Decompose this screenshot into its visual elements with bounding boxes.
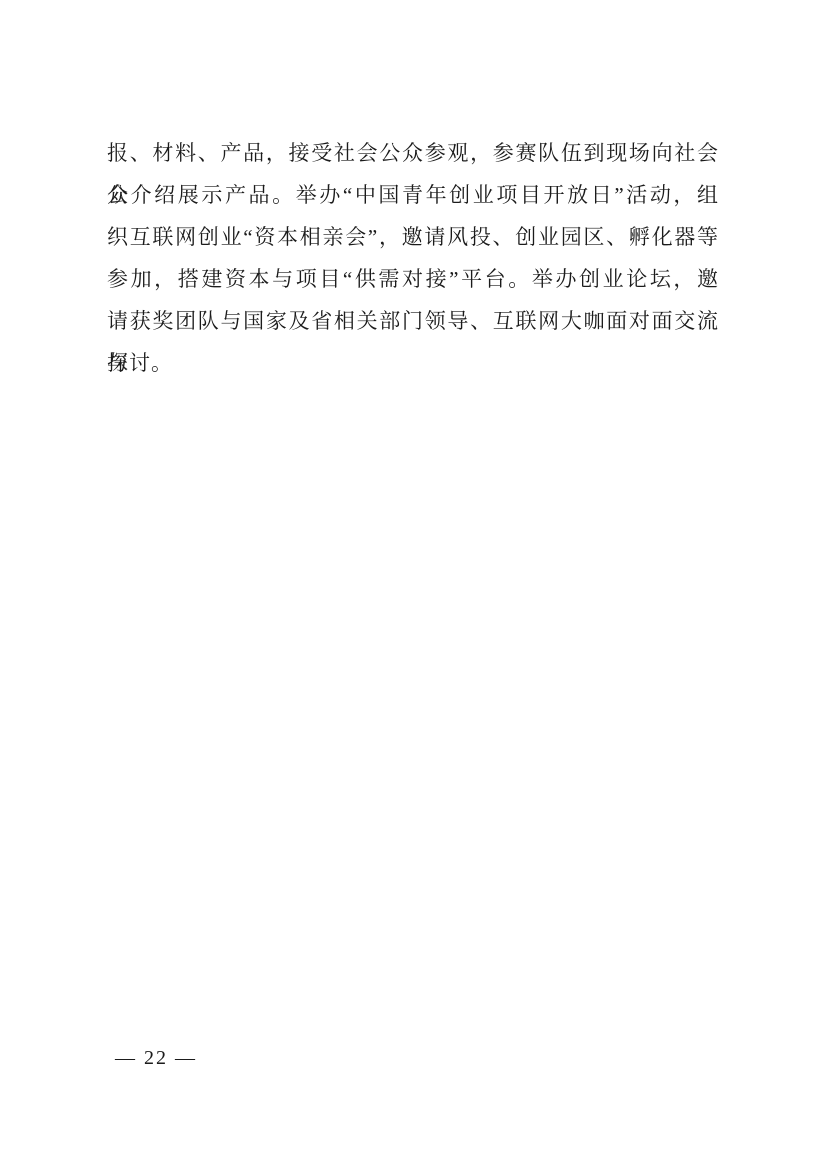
page-number: — 22 — (115, 1045, 197, 1071)
text-line: 参加，搭建资本与项目“供需对接”平台。举办创业论坛，邀 (107, 258, 719, 300)
text-line: 探讨。 (107, 342, 719, 384)
text-line: 请获奖团队与国家及省相关部门领导、互联网大咖面对面交流与 (107, 300, 719, 342)
text-line: 织互联网创业“资本相亲会”，邀请风投、创业园区、孵化器等 (107, 216, 719, 258)
text-line: 报、材料、产品，接受社会公众参观，参赛队伍到现场向社会公 (107, 132, 719, 174)
document-page: 报、材料、产品，接受社会公众参观，参赛队伍到现场向社会公 众介绍展示产品。举办“… (0, 0, 826, 1169)
paragraph-block: 报、材料、产品，接受社会公众参观，参赛队伍到现场向社会公 众介绍展示产品。举办“… (107, 132, 719, 384)
text-line: 众介绍展示产品。举办“中国青年创业项目开放日”活动，组 (107, 174, 719, 216)
